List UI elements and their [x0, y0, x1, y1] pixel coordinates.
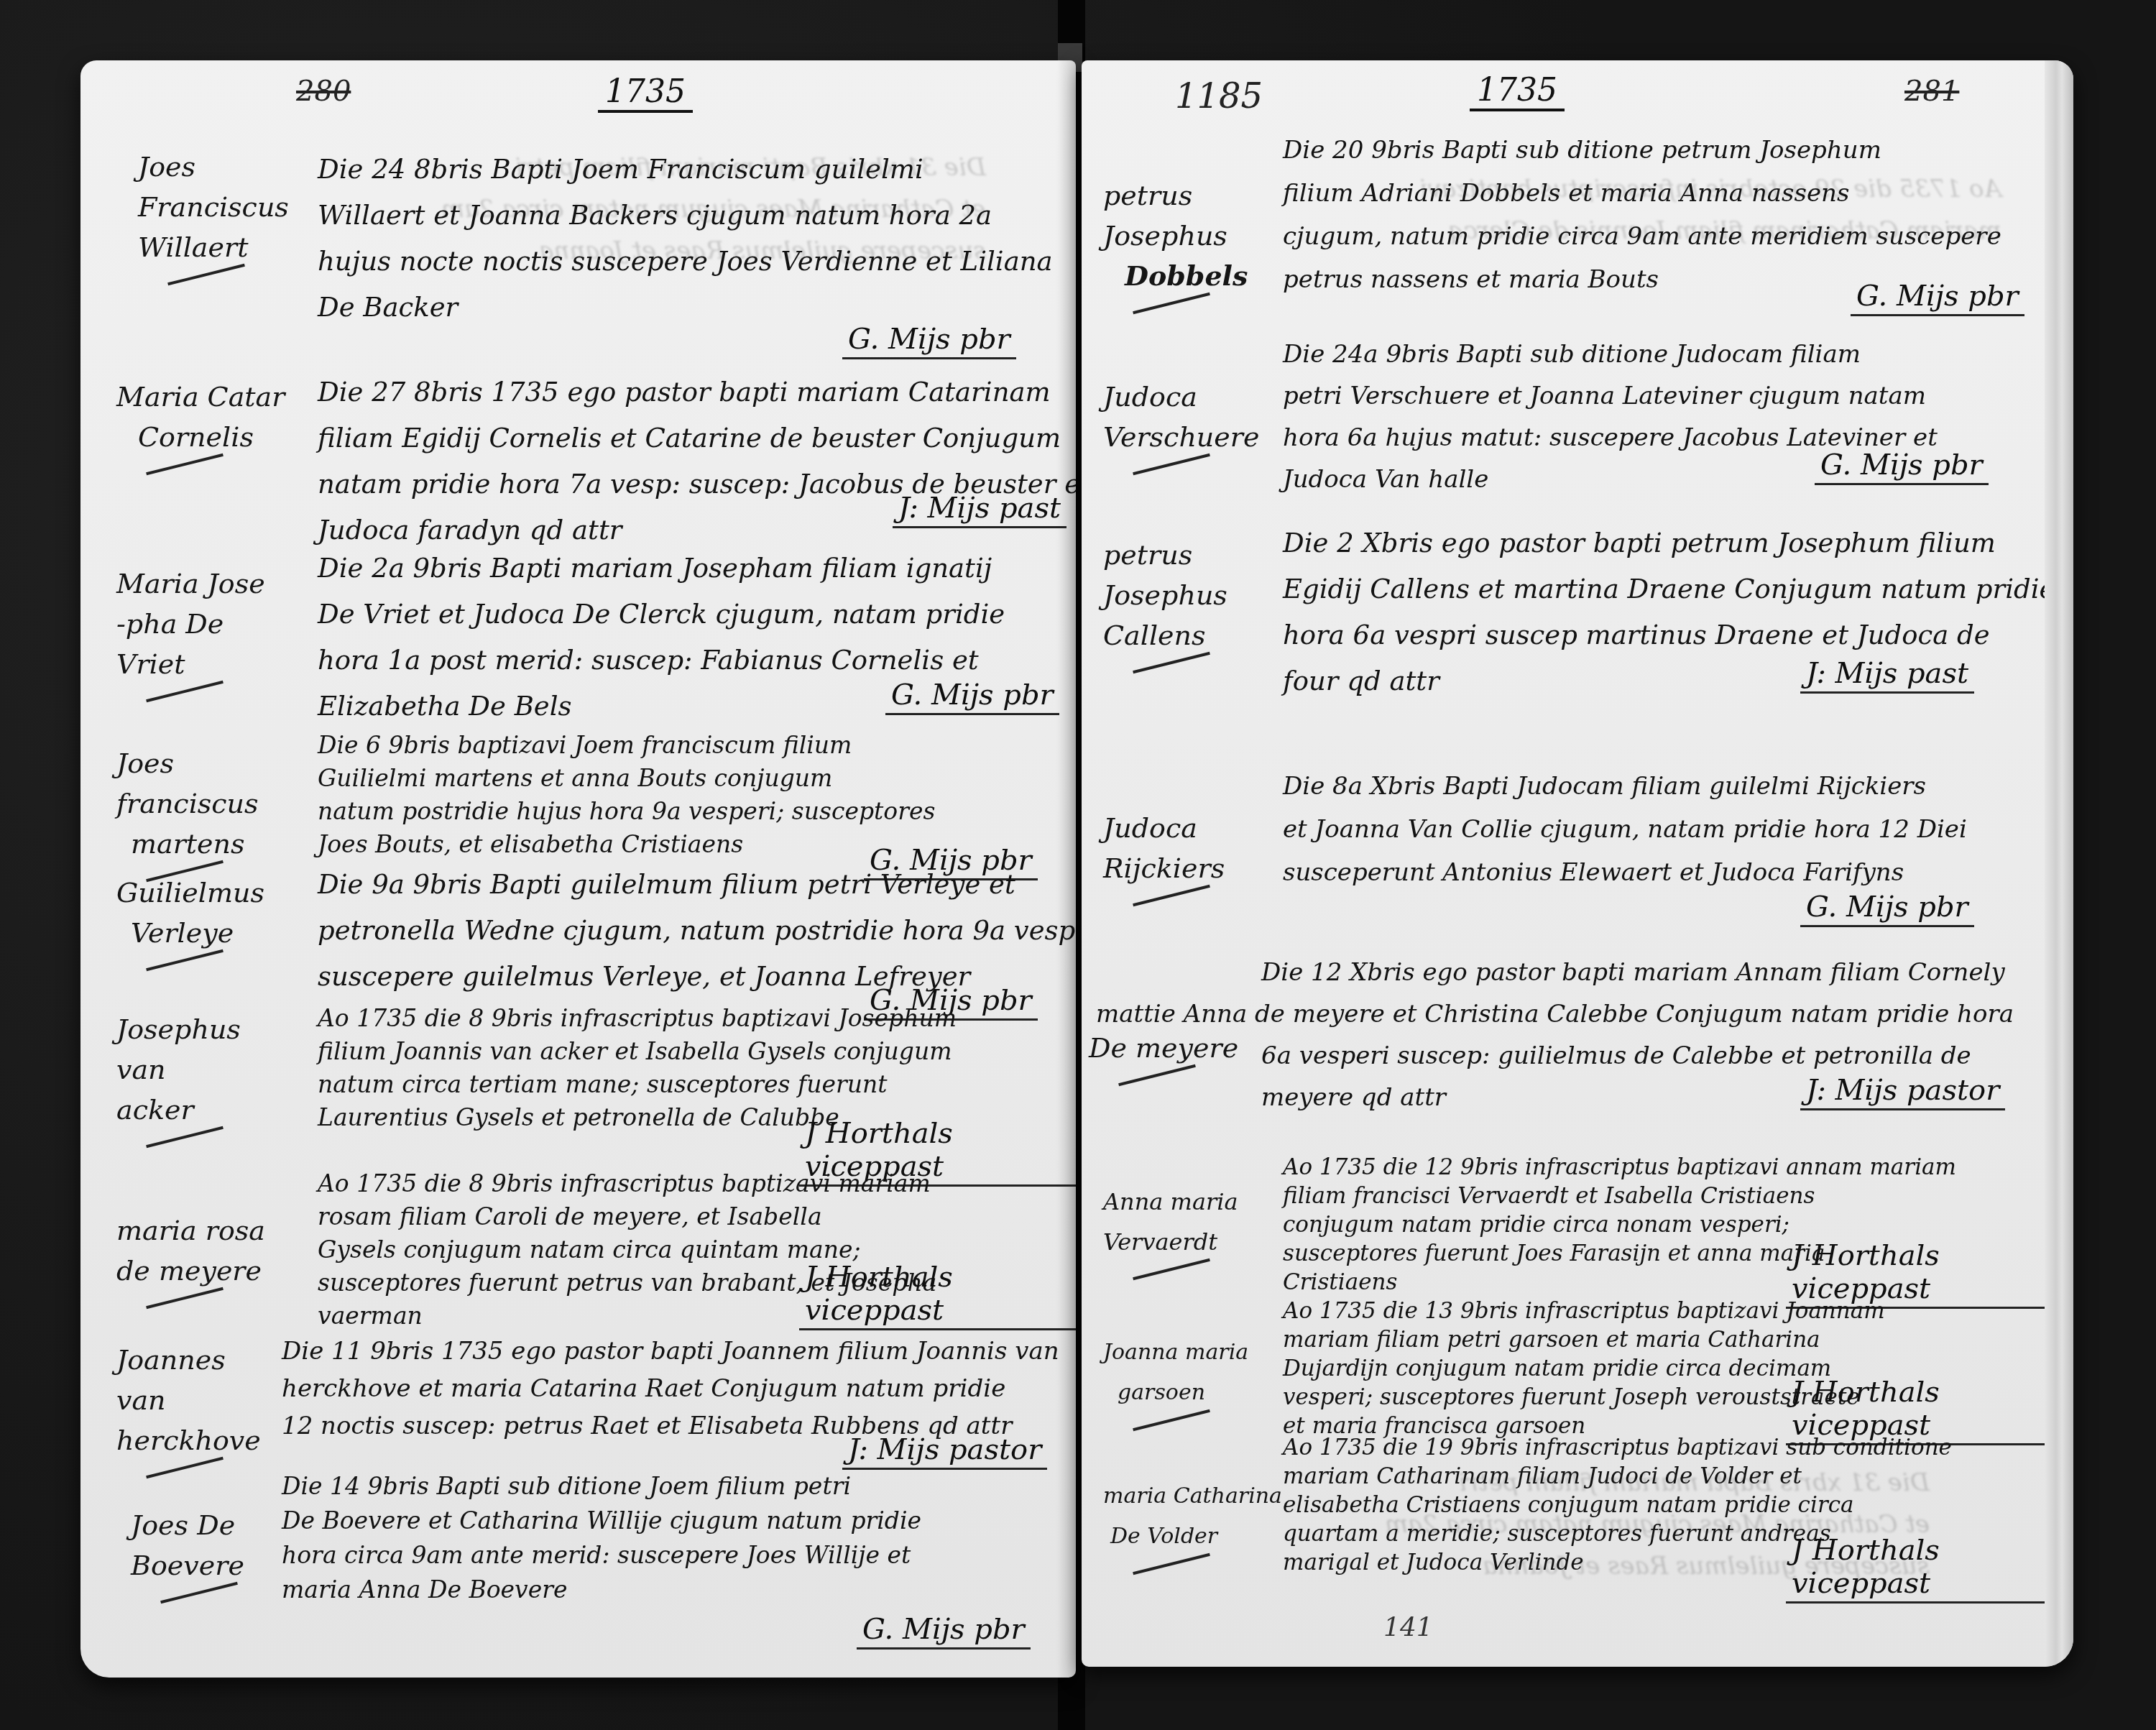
priest-signature: J Horthals viceppast	[1786, 1534, 2073, 1604]
margin-name-line: van herckhove	[116, 1380, 296, 1460]
priest-signature: G. Mijs pbr	[857, 1613, 1031, 1650]
priest-signature: G. Mijs pbr	[885, 678, 1059, 715]
entry-line: hora 6a vespri suscep martinus Draene et…	[1283, 612, 2055, 658]
priest-signature: G. Mijs pbr	[1815, 448, 1989, 485]
entry-line: Ao 1735 die 12 9bris infrascriptus bapti…	[1283, 1153, 1956, 1182]
entry-line: conjugum natam pridie circa nonam vesper…	[1283, 1210, 1956, 1239]
year-header: 1735	[598, 73, 693, 113]
margin-name-line: Judoca	[1103, 808, 1283, 848]
margin-name-line: Vervaerdt	[1103, 1222, 1283, 1262]
entry-line: Die 27 8bris 1735 ego pastor bapti maria…	[318, 369, 1076, 415]
entry-line: Ao 1735 die 13 9bris infrascriptus bapti…	[1283, 1297, 1885, 1325]
margin-child-name: Guilielmus Verleye	[116, 873, 296, 962]
margin-child-name: Maria Jose -pha De Vriet	[116, 563, 296, 693]
folio-number: 280	[296, 75, 351, 108]
entry-line: herckhove et maria Catarina Raet Conjugu…	[282, 1370, 1059, 1407]
entry-line: susceperunt Antonius Elewaert et Judoca …	[1283, 851, 1967, 894]
priest-signature: J: Mijs pastor	[1800, 1074, 2005, 1110]
left-page: Die 31 xbris Bapti mariam filiam petri e…	[80, 60, 1076, 1678]
margin-name-line: Joes Franciscus	[138, 147, 318, 227]
priest-signature: J: Mijs past	[893, 492, 1067, 528]
margin-child-name: petrus Josephus Callens	[1103, 535, 1283, 664]
entry-line: mattie Anna de meyere et Christina Caleb…	[1096, 993, 2014, 1035]
priest-signature: G. Mijs pbr	[842, 323, 1016, 359]
baptism-entry: Die 11 9bris 1735 ego pastor bapti Joann…	[282, 1333, 1059, 1445]
margin-name-line: Maria Catar	[116, 377, 296, 417]
margin-name-line: Joannes	[116, 1340, 296, 1380]
margin-name-line: Willaert	[138, 227, 318, 267]
entry-line: 6a vesperi suscep: guilielmus de Calebbe…	[1261, 1035, 2014, 1077]
priest-signature: J: Mijs past	[1800, 657, 1974, 694]
entry-line: filium Joannis van acker et Isabella Gys…	[318, 1035, 957, 1068]
margin-child-name: Joanna maria garsoen	[1103, 1333, 1283, 1422]
entry-line: Egidij Callens et martina Draene Conjugu…	[1283, 566, 2055, 612]
margin-name-line: Dobbels	[1103, 256, 1283, 296]
margin-child-name: maria rosa de meyere	[116, 1210, 296, 1299]
entry-line: mariam filiam petri garsoen et maria Cat…	[1283, 1325, 1885, 1354]
entry-line: filiam Egidij Cornelis et Catarine de be…	[318, 415, 1076, 461]
priest-signature: G. Mijs pbr	[1851, 280, 2024, 316]
margin-name-line: Rijckiers	[1103, 848, 1283, 888]
margin-name-line: Maria Jose	[116, 563, 296, 604]
entry-line: et Joanna Van Collie cjugum, natam pridi…	[1283, 808, 1967, 851]
entry-line: Ao 1735 die 19 9bris infrascriptus bapti…	[1283, 1433, 1952, 1462]
margin-child-name: Joannes van herckhove	[116, 1340, 296, 1469]
margin-name-line: Callens	[1103, 615, 1283, 655]
margin-name-line: acker	[116, 1090, 296, 1130]
margin-child-name: Maria Catar Cornelis	[116, 377, 296, 466]
priest-signature: G. Mijs pbr	[1800, 891, 1974, 927]
margin-name-line: maria rosa	[116, 1210, 296, 1251]
entry-line: petronella Wedne cjugum, natum postridie…	[318, 908, 1076, 954]
margin-child-name: Judoca Verschuere	[1103, 377, 1283, 466]
margin-child-name: maria Catharina De Volder	[1103, 1476, 1283, 1565]
margin-child-name: Anna maria Vervaerdt	[1103, 1182, 1283, 1271]
priest-signature: J: Mijs pastor	[842, 1433, 1047, 1470]
margin-name-line: Verleye	[116, 913, 296, 953]
margin-name-line: de meyere	[116, 1251, 296, 1291]
baptism-entry: Die 20 9bris Bapti sub ditione petrum Jo…	[1283, 129, 2001, 301]
entry-line: Die 8a Xbris Bapti Judocam filiam guilel…	[1283, 765, 1967, 808]
margin-child-name: Judoca Rijckiers	[1103, 808, 1283, 897]
margin-name-line: martens	[116, 824, 296, 864]
entry-line: De Boevere et Catharina Willije cjugum n…	[282, 1504, 921, 1538]
entry-line: Die 11 9bris 1735 ego pastor bapti Joann…	[282, 1333, 1059, 1370]
margin-name-line: Joanna maria	[1103, 1333, 1283, 1373]
entry-line: Die 2a 9bris Bapti mariam Josepham filia…	[318, 546, 1005, 592]
entry-line: filiam francisci Vervaerdt et Isabella C…	[1283, 1182, 1956, 1210]
archive-number: 1185	[1175, 76, 1263, 116]
entry-line: Die 14 9bris Bapti sub ditione Joem fili…	[282, 1469, 921, 1504]
baptism-entry: Die 14 9bris Bapti sub ditione Joem fili…	[282, 1469, 921, 1607]
margin-name-line: Verschuere	[1103, 417, 1283, 457]
entry-line: Die 6 9bris baptizavi Joem franciscum fi…	[318, 729, 935, 762]
page-bottom-mark: 141	[1383, 1613, 1433, 1642]
margin-child-name: petrus Josephus Dobbels	[1103, 175, 1283, 305]
priest-signature: J Horthals viceppast	[799, 1261, 1076, 1330]
margin-child-name: Joes franciscus martens	[116, 743, 296, 873]
baptism-entry: Die 6 9bris baptizavi Joem franciscum fi…	[318, 729, 935, 861]
entry-line: Joes Bouts, et elisabetha Cristiaens	[318, 828, 935, 861]
entry-line: natum postridie hujus hora 9a vesperi; s…	[318, 795, 935, 828]
entry-line: hora circa 9am ante merid: suscepere Joe…	[282, 1538, 921, 1573]
margin-name-line: Judoca	[1103, 377, 1283, 417]
entry-line: Guilielmi martens et anna Bouts conjugum	[318, 762, 935, 795]
entry-line: Ao 1735 die 8 9bris infrascriptus baptiz…	[318, 1167, 936, 1200]
entry-line: cjugum, natum pridie circa 9am ante meri…	[1283, 215, 2001, 258]
entry-line: Die 12 Xbris ego pastor bapti mariam Ann…	[1261, 952, 2014, 993]
entry-line: Ao 1735 die 8 9bris infrascriptus baptiz…	[318, 1002, 957, 1035]
margin-name-line: Anna maria	[1103, 1182, 1283, 1222]
entry-line: Die 9a 9bris Bapti guilelmum filium petr…	[318, 862, 1076, 908]
entry-line: Die 20 9bris Bapti sub ditione petrum Jo…	[1283, 129, 2001, 172]
entry-line: petri Verschuere et Joanna Lateviner cju…	[1283, 375, 1938, 417]
entry-line: De Vriet et Judoca De Clerck cjugum, nat…	[318, 592, 1005, 638]
margin-child-name: Joes Franciscus Willaert	[138, 147, 318, 276]
entry-line: maria Anna De Boevere	[282, 1573, 921, 1607]
margin-name-line: Guilielmus	[116, 873, 296, 913]
entry-line: Die 2 Xbris ego pastor bapti petrum Jose…	[1283, 520, 2055, 566]
margin-name-line: maria Catharina	[1103, 1476, 1283, 1517]
baptism-entry: Die 9a 9bris Bapti guilelmum filium petr…	[318, 862, 1076, 1000]
margin-name-line: garsoen	[1103, 1373, 1283, 1413]
baptism-entry: Die 8a Xbris Bapti Judocam filiam guilel…	[1283, 765, 1967, 894]
margin-child-name: Josephus van acker	[116, 1009, 296, 1138]
margin-name-line: -pha De Vriet	[116, 604, 296, 684]
margin-name-line: Joes franciscus	[116, 743, 296, 824]
entry-line: natum circa tertiam mane; susceptores fu…	[318, 1068, 957, 1101]
baptism-entry: Ao 1735 die 8 9bris infrascriptus baptiz…	[318, 1002, 957, 1134]
margin-name-line: petrus	[1103, 535, 1283, 575]
margin-name-line: De Volder	[1103, 1517, 1283, 1557]
entry-line: filium Adriani Dobbels et maria Anna nas…	[1283, 172, 2001, 215]
entry-line: Die 24a 9bris Bapti sub ditione Judocam …	[1283, 333, 1938, 375]
margin-name-line: Josephus	[1103, 575, 1283, 615]
entry-line: rosam filiam Caroli de meyere, et Isabel…	[318, 1200, 936, 1233]
margin-name-line: Josephus van	[116, 1009, 296, 1090]
entry-line: mariam Catharinam filiam Judoci de Volde…	[1283, 1462, 1952, 1491]
entry-line: Die 24 8bris Bapti Joem Franciscum guile…	[318, 147, 1053, 193]
entry-line: elisabetha Cristiaens conjugum natam pri…	[1283, 1491, 1952, 1519]
entry-line: hora 1a post merid: suscep: Fabianus Cor…	[318, 638, 1005, 684]
entry-line: Willaert et Joanna Backers cjugum natum …	[318, 193, 1053, 239]
folio-number: 281	[1904, 75, 1959, 108]
margin-name-line: Cornelis	[116, 417, 296, 457]
baptism-entry: Die 24 8bris Bapti Joem Franciscum guile…	[318, 147, 1053, 331]
right-page: Die 31 xbris Bapti mariam filiam petri e…	[1082, 60, 2073, 1667]
margin-name-line: petrus Josephus	[1103, 175, 1283, 256]
entry-line: hujus nocte noctis suscepere Joes Verdie…	[318, 239, 1053, 285]
year-header: 1735	[1470, 72, 1565, 111]
